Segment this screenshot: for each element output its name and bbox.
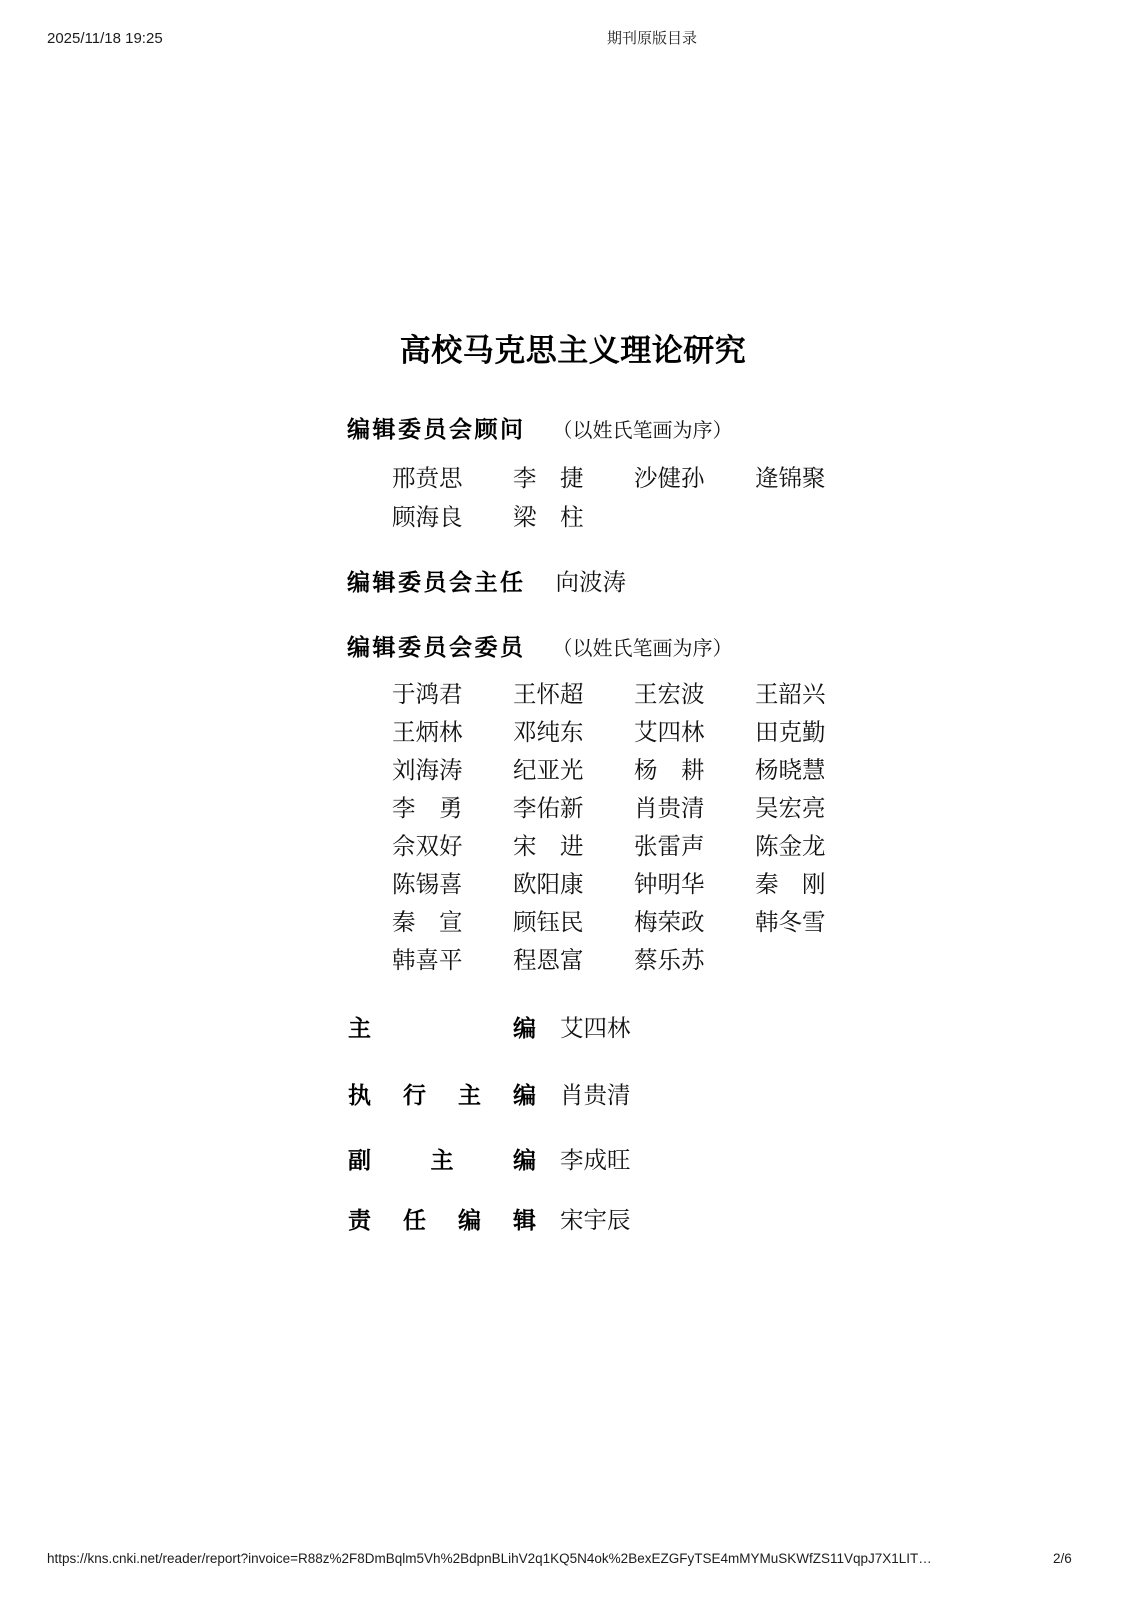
member-name: 李 勇 [392, 790, 513, 828]
role-char: 行 [403, 1080, 426, 1110]
role-char: 执 [348, 1080, 371, 1110]
member-name: 钟明华 [634, 866, 755, 904]
member-name: 刘海涛 [392, 752, 513, 790]
advisor-name: 梁 柱 [513, 499, 634, 538]
print-footer-url: https://kns.cnki.net/reader/report?invoi… [47, 1551, 932, 1567]
member-name: 张雷声 [634, 828, 755, 866]
editor-role-label: 主 编 [348, 1013, 536, 1043]
member-name: 李佑新 [513, 790, 634, 828]
print-header-datetime: 2025/11/18 19:25 [47, 30, 163, 48]
member-name: 程恩富 [513, 942, 634, 980]
advisor-name: 邢贲思 [392, 460, 513, 499]
editor-name: 肖贵清 [560, 1081, 631, 1111]
editor-row-executive: 执 行 主 编 肖贵清 [348, 1080, 631, 1111]
member-name: 秦 宣 [392, 904, 513, 942]
role-char: 主 [431, 1145, 454, 1175]
member-name: 欧阳康 [513, 866, 634, 904]
editor-role-label: 责 任 编 辑 [348, 1205, 536, 1235]
member-name: 宋 进 [513, 828, 634, 866]
print-footer-page-number: 2/6 [1053, 1551, 1072, 1567]
advisors-sort-note: （以姓氏笔画为序） [553, 420, 733, 442]
member-name: 梅荣政 [634, 904, 755, 942]
editor-row-chief: 主 编 艾四林 [348, 1013, 631, 1044]
print-preview-page: 2025/11/18 19:25 期刊原版目录 高校马克思主义理论研究 编辑委员… [0, 0, 1130, 1600]
role-char: 主 [458, 1080, 481, 1110]
role-char: 主 [348, 1013, 371, 1043]
member-name: 王韶兴 [755, 676, 876, 714]
member-name: 邓纯东 [513, 714, 634, 752]
advisors-name-grid: 邢贲思 李 捷 沙健孙 逄锦聚 顾海良 梁 柱 [392, 460, 876, 538]
role-char: 编 [513, 1080, 536, 1110]
members-sort-note: （以姓氏笔画为序） [553, 638, 733, 660]
role-char: 任 [403, 1205, 426, 1235]
editor-role-label: 执 行 主 编 [348, 1080, 536, 1110]
member-name: 杨 耕 [634, 752, 755, 790]
member-name: 杨晓慧 [755, 752, 876, 790]
member-name: 陈金龙 [755, 828, 876, 866]
advisor-name: 顾海良 [392, 499, 513, 538]
role-char: 辑 [513, 1205, 536, 1235]
member-name: 顾钰民 [513, 904, 634, 942]
print-header-title: 期刊原版目录 [607, 30, 697, 48]
role-char: 责 [348, 1205, 371, 1235]
role-char: 编 [513, 1145, 536, 1175]
member-name: 秦 刚 [755, 866, 876, 904]
director-heading: 编辑委员会主任 [347, 569, 526, 595]
member-name: 韩喜平 [392, 942, 513, 980]
director-heading-row: 编辑委员会主任向波涛 [347, 567, 626, 601]
role-char: 副 [348, 1145, 371, 1175]
member-name: 韩冬雪 [755, 904, 876, 942]
editor-row-deputy: 副 主 编 李成旺 [348, 1145, 631, 1176]
member-name: 王炳林 [392, 714, 513, 752]
member-name: 王宏波 [634, 676, 755, 714]
member-name: 于鸿君 [392, 676, 513, 714]
member-name: 田克勤 [755, 714, 876, 752]
member-name: 佘双好 [392, 828, 513, 866]
editor-role-label: 副 主 编 [348, 1145, 536, 1175]
advisor-name: 逄锦聚 [755, 460, 876, 499]
role-char: 编 [458, 1205, 481, 1235]
member-name: 纪亚光 [513, 752, 634, 790]
advisors-heading-row: 编辑委员会顾问（以姓氏笔画为序） [347, 414, 733, 448]
member-name: 蔡乐苏 [634, 942, 755, 980]
editor-row-responsible: 责 任 编 辑 宋宇辰 [348, 1205, 631, 1236]
member-name: 肖贵清 [634, 790, 755, 828]
member-name: 王怀超 [513, 676, 634, 714]
advisors-heading: 编辑委员会顾问 [347, 416, 526, 442]
members-heading: 编辑委员会委员 [347, 634, 526, 660]
journal-title: 高校马克思主义理论研究 [400, 331, 747, 371]
member-name: 艾四林 [634, 714, 755, 752]
editor-name: 宋宇辰 [560, 1206, 631, 1236]
members-name-grid: 于鸿君 王怀超 王宏波 王韶兴 王炳林 邓纯东 艾四林 田克勤 刘海涛 纪亚光 … [392, 676, 876, 980]
advisor-name: 李 捷 [513, 460, 634, 499]
members-heading-row: 编辑委员会委员（以姓氏笔画为序） [347, 632, 733, 666]
director-name: 向波涛 [556, 570, 627, 596]
member-name: 陈锡喜 [392, 866, 513, 904]
editor-name: 李成旺 [560, 1146, 631, 1176]
role-char: 编 [513, 1013, 536, 1043]
member-name: 吴宏亮 [755, 790, 876, 828]
editor-name: 艾四林 [560, 1014, 631, 1044]
advisor-name: 沙健孙 [634, 460, 755, 499]
